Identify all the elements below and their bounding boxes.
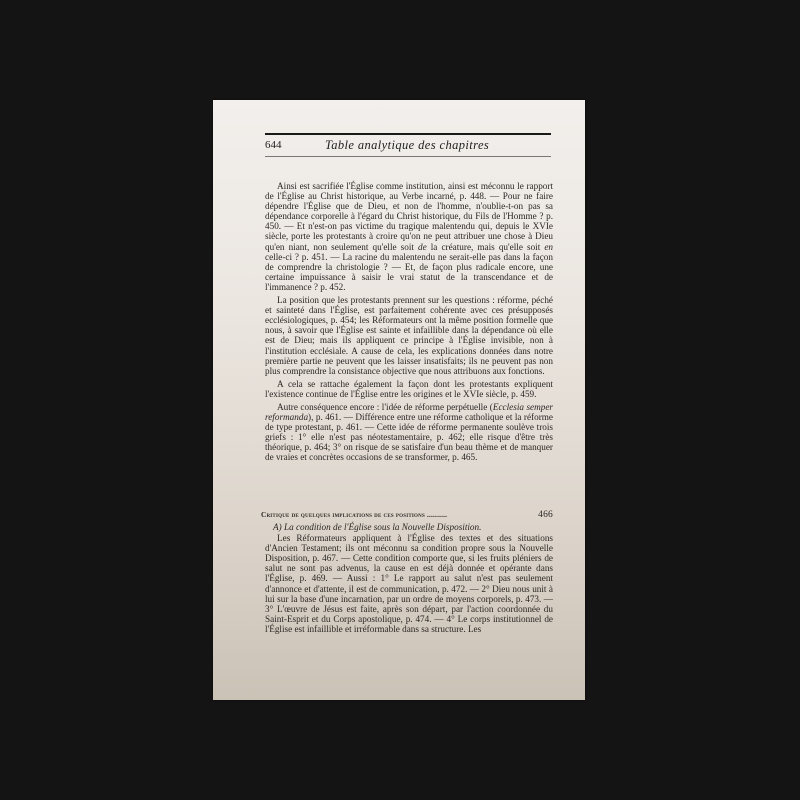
text-run: A cela se rattache également la façon do… — [265, 379, 553, 399]
running-title: Table analytique des chapitres — [325, 138, 489, 153]
text-run: La position que les protestants prennent… — [265, 295, 553, 376]
section-subheading: A) La condition de l'Église sous la Nouv… — [265, 522, 553, 532]
paragraph: Ainsi est sacrifiée l'Église comme insti… — [265, 181, 553, 292]
italic-text: en — [544, 242, 553, 252]
italic-text: de — [418, 242, 427, 252]
text-run: Autre conséquence encore : l'idée de réf… — [277, 402, 493, 412]
paragraph: A cela se rattache également la façon do… — [265, 379, 553, 399]
section-page-ref: 466 — [538, 510, 553, 520]
section-title: Critique de quelques implications de ces… — [261, 510, 447, 520]
book-page: 644 Table analytique des chapitres Ainsi… — [213, 100, 585, 700]
paragraph: Autre conséquence encore : l'idée de réf… — [265, 402, 553, 463]
page-number: 644 — [265, 139, 325, 151]
text-run: la créature, mais qu'elle soit — [427, 242, 545, 252]
section-heading: Critique de quelques implications de ces… — [261, 510, 553, 520]
section-paragraph: Les Réformateurs appliquent à l'Église d… — [265, 533, 553, 634]
body-text: Ainsi est sacrifiée l'Église comme insti… — [265, 181, 553, 466]
header-rule-bottom — [265, 156, 551, 157]
text-run: celle-ci ? p. 451. — La racine du malent… — [265, 252, 553, 292]
section-body: A) La condition de l'Église sous la Nouv… — [265, 522, 553, 634]
text-run: ), p. 461. — Différence entre une réform… — [265, 412, 553, 462]
page-header: 644 Table analytique des chapitres — [265, 133, 551, 157]
paragraph: La position que les protestants prennent… — [265, 295, 553, 376]
